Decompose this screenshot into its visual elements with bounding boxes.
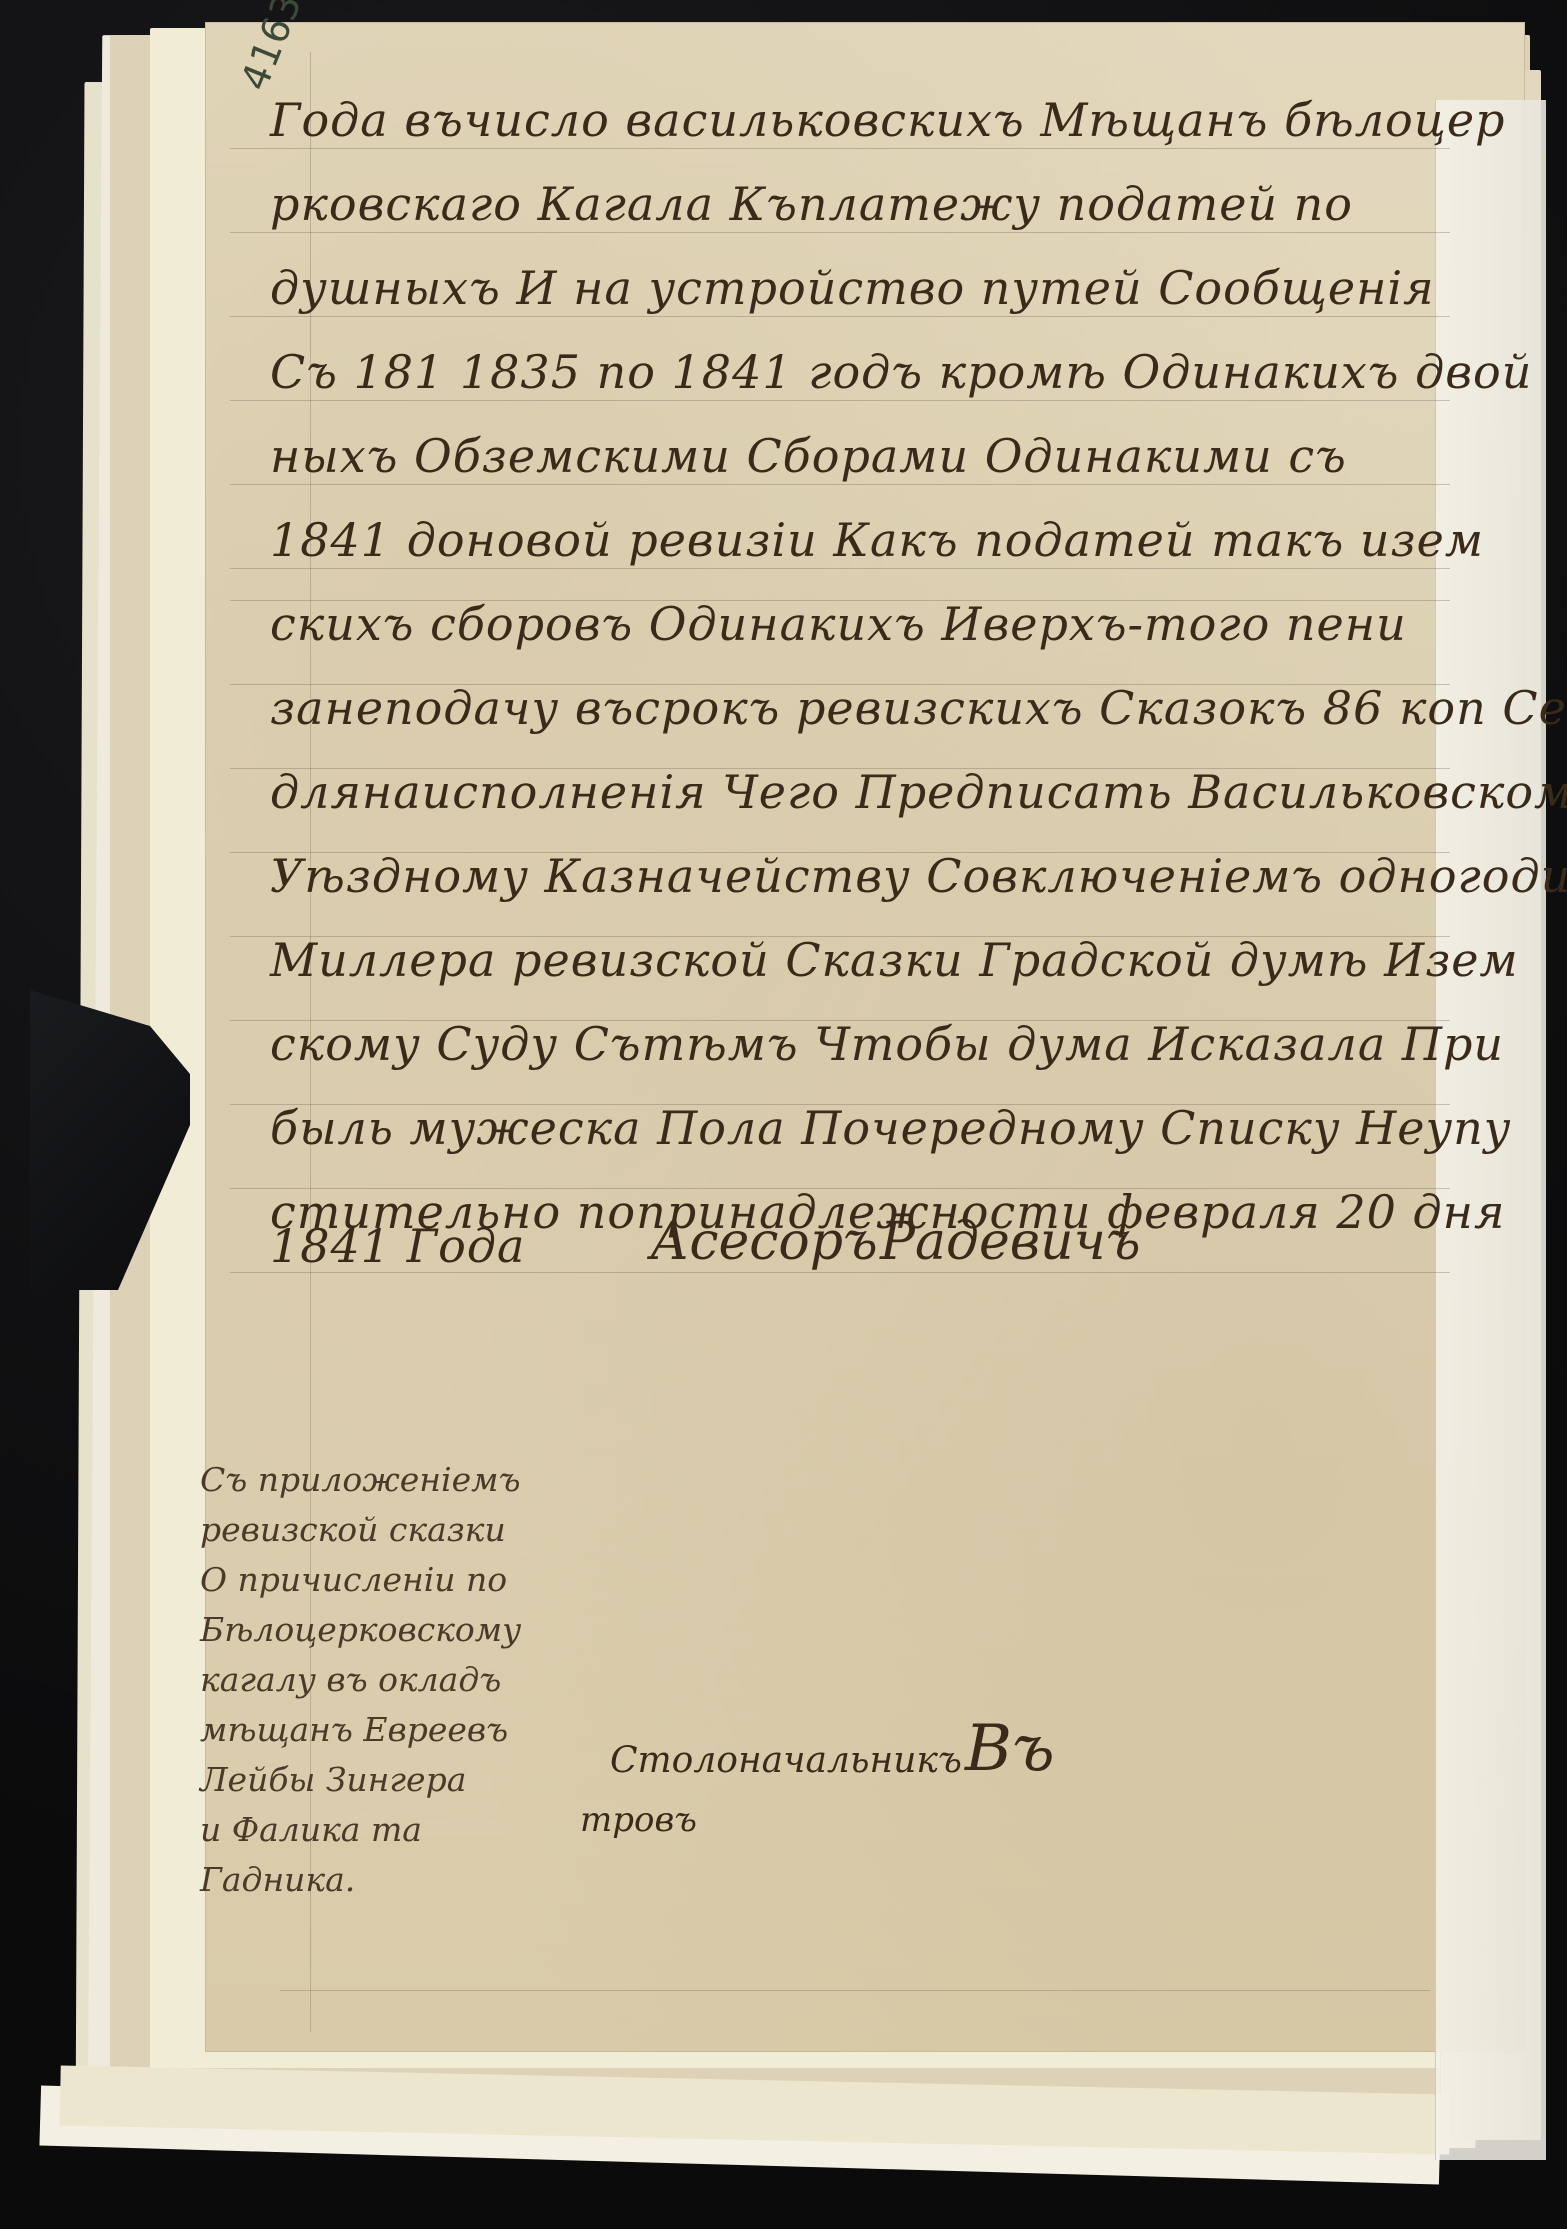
text-line: душныхъ И на устройство путей Сообщенія: [270, 260, 1460, 316]
ruled-line: [230, 568, 1450, 569]
text-line: занеподачу въсрокъ ревизскихъ Сказокъ 86…: [270, 680, 1460, 736]
text-line: ныхъ Обземскими Сборами Одинакими съ: [270, 428, 1460, 484]
ruled-line: [230, 148, 1450, 149]
note-line: О причисленіи по: [200, 1555, 580, 1605]
text-line: скому Суду Сътѣмъ Чтобы дума Исказала Пр…: [270, 1016, 1460, 1072]
ruled-line: [230, 232, 1450, 233]
text-line: рковскаго Кагала Къплатежу податей по: [270, 176, 1460, 232]
signature-name: Радевичъ: [880, 1212, 1140, 1272]
text-line: Уѣздному Казначейству Совключеніемъ одно…: [270, 848, 1460, 904]
ruled-line: [230, 400, 1450, 401]
note-line: Лейбы Зингера: [200, 1755, 580, 1805]
text-line: Года въчисло васильковскихъ Мѣщанъ бѣлоц…: [270, 92, 1460, 148]
note-line: Бѣлоцерковскому: [200, 1605, 580, 1655]
note-line: мѣщанъ Евреевъ: [200, 1705, 580, 1755]
clerk-initial: Въ: [965, 1712, 1055, 1786]
clerk-name: тровъ: [580, 1800, 697, 1840]
ruled-line: [230, 484, 1450, 485]
ruled-line: [280, 1990, 1430, 1991]
margin-note: Съ приложеніемъ ревизской сказки О причи…: [200, 1455, 580, 1905]
text-line: скихъ сборовъ Одинакихъ Иверхъ-того пени: [270, 596, 1460, 652]
note-line: Съ приложеніемъ: [200, 1455, 580, 1505]
note-line: Гадника.: [200, 1855, 580, 1905]
ruled-line: [230, 316, 1450, 317]
note-line: кагалу въ окладъ: [200, 1655, 580, 1705]
note-line: и Фалика та: [200, 1805, 580, 1855]
date-line: 1841 Года: [270, 1218, 570, 1274]
text-line: Миллера ревизской Сказки Градской думѣ И…: [270, 932, 1460, 988]
text-line: Съ 181 1835 по 1841 годъ кромѣ Одинакихъ…: [270, 344, 1460, 400]
clerk-title: Столоначальникъ: [610, 1740, 962, 1781]
text-line: длянаисполненія Чего Предписать Василько…: [270, 764, 1460, 820]
signature-title: Асесоръ: [650, 1212, 878, 1272]
text-line: быль мужеска Пола Почередному Списку Неу…: [270, 1100, 1460, 1156]
text-line: 1841 доновой ревизіи Какъ податей такъ и…: [270, 512, 1460, 568]
note-line: ревизской сказки: [200, 1505, 580, 1555]
